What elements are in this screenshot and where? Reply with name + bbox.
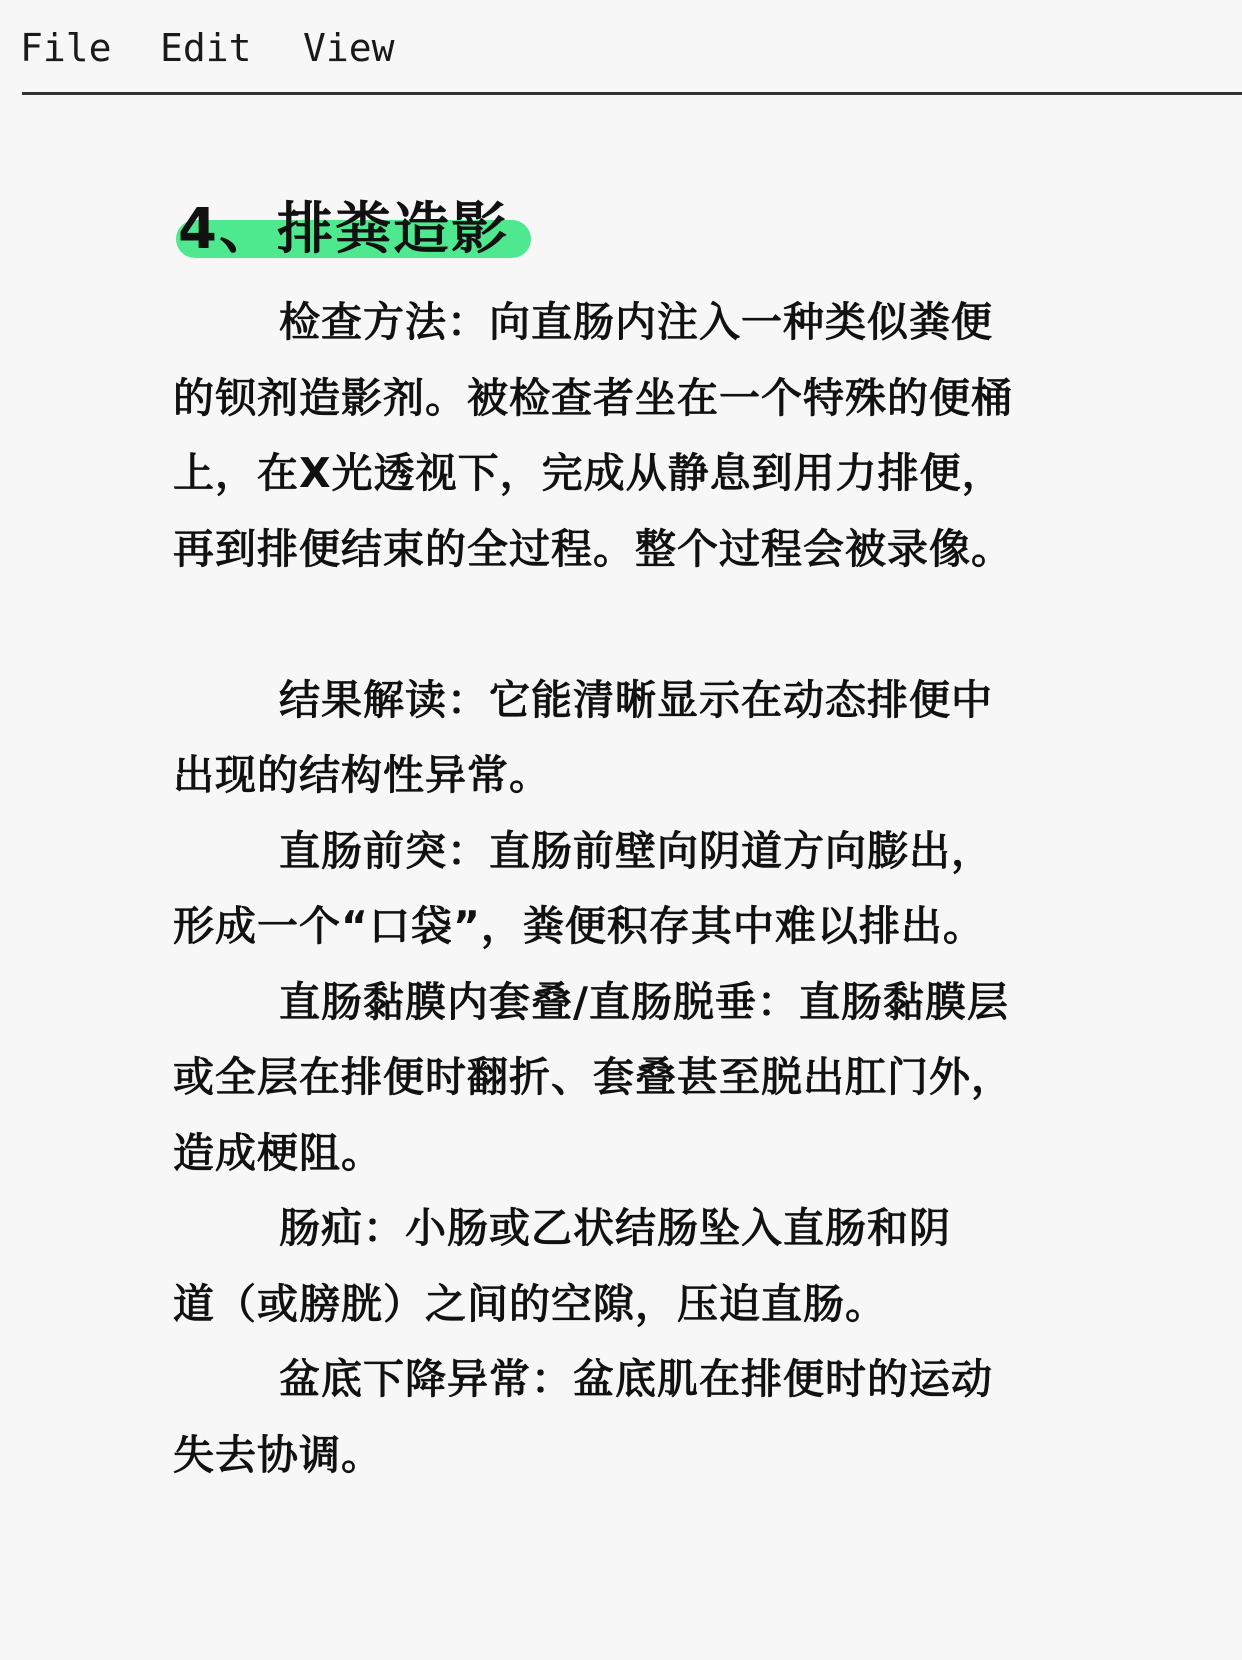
text-line: 肠疝：小肠或乙状结肠坠入直肠和阴 [173, 1191, 1073, 1267]
section-heading: 4、排粪造影 [176, 190, 509, 270]
paragraph-gap [173, 587, 1073, 663]
text-line: 或全层在排便时翻折、套叠甚至脱出肛门外， [173, 1040, 1073, 1116]
menu-file[interactable]: File [20, 26, 112, 70]
section-title: 4、排粪造影 [176, 190, 509, 270]
text-line: 直肠黏膜内套叠/直肠脱垂：直肠黏膜层 [173, 965, 1073, 1041]
text-line: 再到排便结束的全过程。整个过程会被录像。 [173, 512, 1073, 588]
menu-bar: File Edit View [0, 0, 1242, 94]
text-line: 上，在X光透视下，完成从静息到用力排便， [173, 436, 1073, 512]
text-line: 检查方法：向直肠内注入一种类似粪便 [173, 285, 1073, 361]
text-line: 造成梗阻。 [173, 1116, 1073, 1192]
document-body: 检查方法：向直肠内注入一种类似粪便的钡剂造影剂。被检查者坐在一个特殊的便桶上，在… [173, 285, 1073, 1493]
menu-view[interactable]: View [303, 26, 395, 70]
text-line: 的钡剂造影剂。被检查者坐在一个特殊的便桶 [173, 361, 1073, 437]
text-line: 失去协调。 [173, 1418, 1073, 1494]
text-line: 结果解读：它能清晰显示在动态排便中 [173, 663, 1073, 739]
text-line: 直肠前突：直肠前壁向阴道方向膨出， [173, 814, 1073, 890]
text-line: 出现的结构性异常。 [173, 738, 1073, 814]
text-line: 道（或膀胱）之间的空隙，压迫直肠。 [173, 1267, 1073, 1343]
menu-divider [22, 92, 1242, 95]
text-line: 盆底下降异常：盆底肌在排便时的运动 [173, 1342, 1073, 1418]
menu-edit[interactable]: Edit [160, 26, 252, 70]
text-line: 形成一个“口袋”，粪便积存其中难以排出。 [173, 889, 1073, 965]
